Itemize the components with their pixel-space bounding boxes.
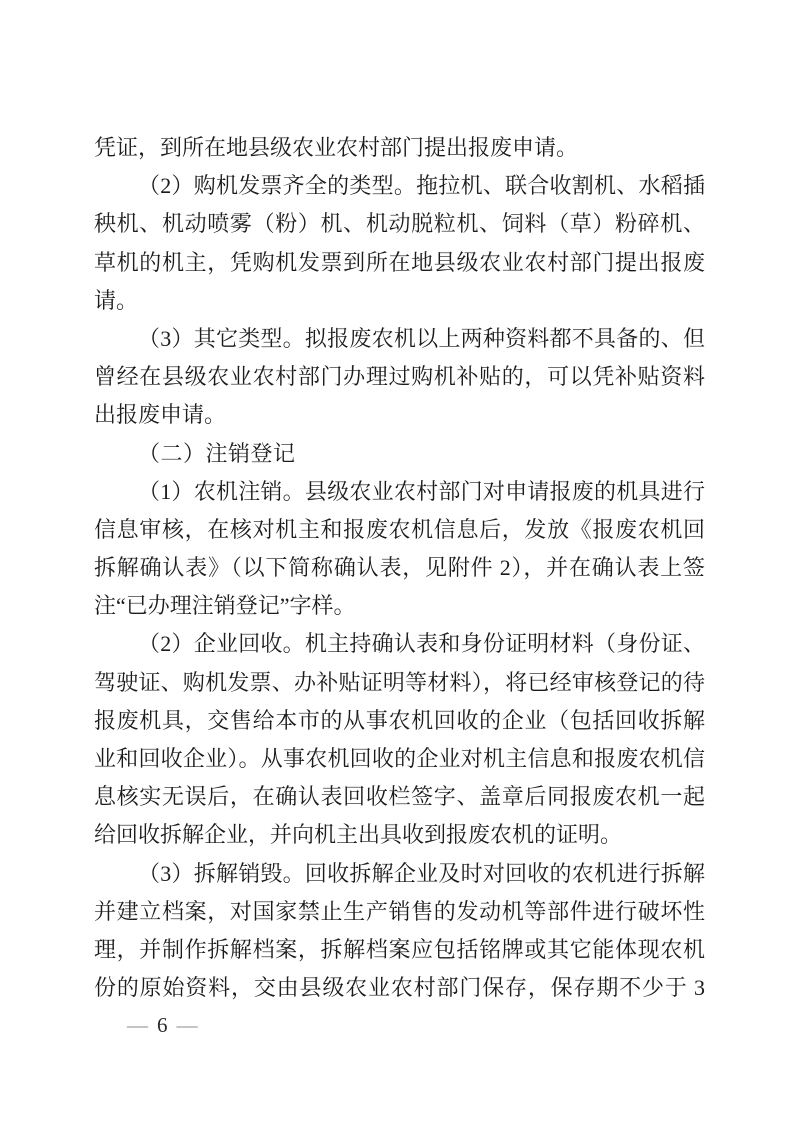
document-page: 凭证，到所在地县级农业农村部门提出报废申请。（2）购机发票齐全的类型。拖拉机、联… <box>0 0 794 1122</box>
text-block: 凭证，到所在地县级农业农村部门提出报废申请。（2）购机发票齐全的类型。拖拉机、联… <box>94 129 705 1007</box>
text-line: （3）其它类型。拟报废农机以上两种资料都不具备的、但 <box>94 320 705 358</box>
page-number-dash-left: — <box>127 1013 148 1038</box>
text-line: 息核实无误后，在确认表回收栏签字、盖章后同报废农机一起交 <box>94 778 705 816</box>
text-line: 凭证，到所在地县级农业农村部门提出报废申请。 <box>94 129 705 167</box>
page-number-value: 6 <box>157 1013 168 1038</box>
text-line: 驾驶证、购机发票、办补贴证明等材料），将已经审核登记的待 <box>94 664 705 702</box>
text-line: 信息审核，在核对机主和报废农机信息后，发放《报废农机回收 <box>94 511 705 549</box>
text-line: 草机的机主，凭购机发票到所在地县级农业农村部门提出报废申 <box>94 244 705 282</box>
text-line: 出报废申请。 <box>94 396 705 434</box>
text-line: （2）企业回收。机主持确认表和身份证明材料（身份证、 <box>94 625 705 663</box>
text-line: 报废机具，交售给本市的从事农机回收的企业（包括回收拆解企 <box>94 702 705 740</box>
text-line: （3）拆解销毁。回收拆解企业及时对回收的农机进行拆解 <box>94 855 705 893</box>
text-line: 理，并制作拆解档案，拆解档案应包括铭牌或其它能体现农机身 <box>94 931 705 969</box>
text-line: 业和回收企业）。从事农机回收的企业对机主信息和报废农机信 <box>94 740 705 778</box>
page-number-dash-right: — <box>177 1013 198 1038</box>
text-line: 拆解确认表》（以下简称确认表，见附件 2），并在确认表上签 <box>94 549 705 587</box>
text-line: 曾经在县级农业农村部门办理过购机补贴的，可以凭补贴资料提 <box>94 358 705 396</box>
text-line: （2）购机发票齐全的类型。拖拉机、联合收割机、水稻插 <box>94 167 705 205</box>
text-line: 并建立档案，对国家禁止生产销售的发动机等部件进行破坏性处 <box>94 893 705 931</box>
text-line: 份的原始资料，交由县级农业农村部门保存，保存期不少于 3 年。 <box>94 969 705 1007</box>
text-line: 给回收拆解企业，并向机主出具收到报废农机的证明。 <box>94 816 705 854</box>
page-number: — 6 — <box>127 1011 198 1039</box>
text-line: 请。 <box>94 282 705 320</box>
text-line: 注“已办理注销登记”字样。 <box>94 587 705 625</box>
text-line: 秧机、机动喷雾（粉）机、机动脱粒机、饲料（草）粉碎机、铡 <box>94 205 705 243</box>
section-heading: （二）注销登记 <box>94 435 705 473</box>
text-line: （1）农机注销。县级农业农村部门对申请报废的机具进行 <box>94 473 705 511</box>
